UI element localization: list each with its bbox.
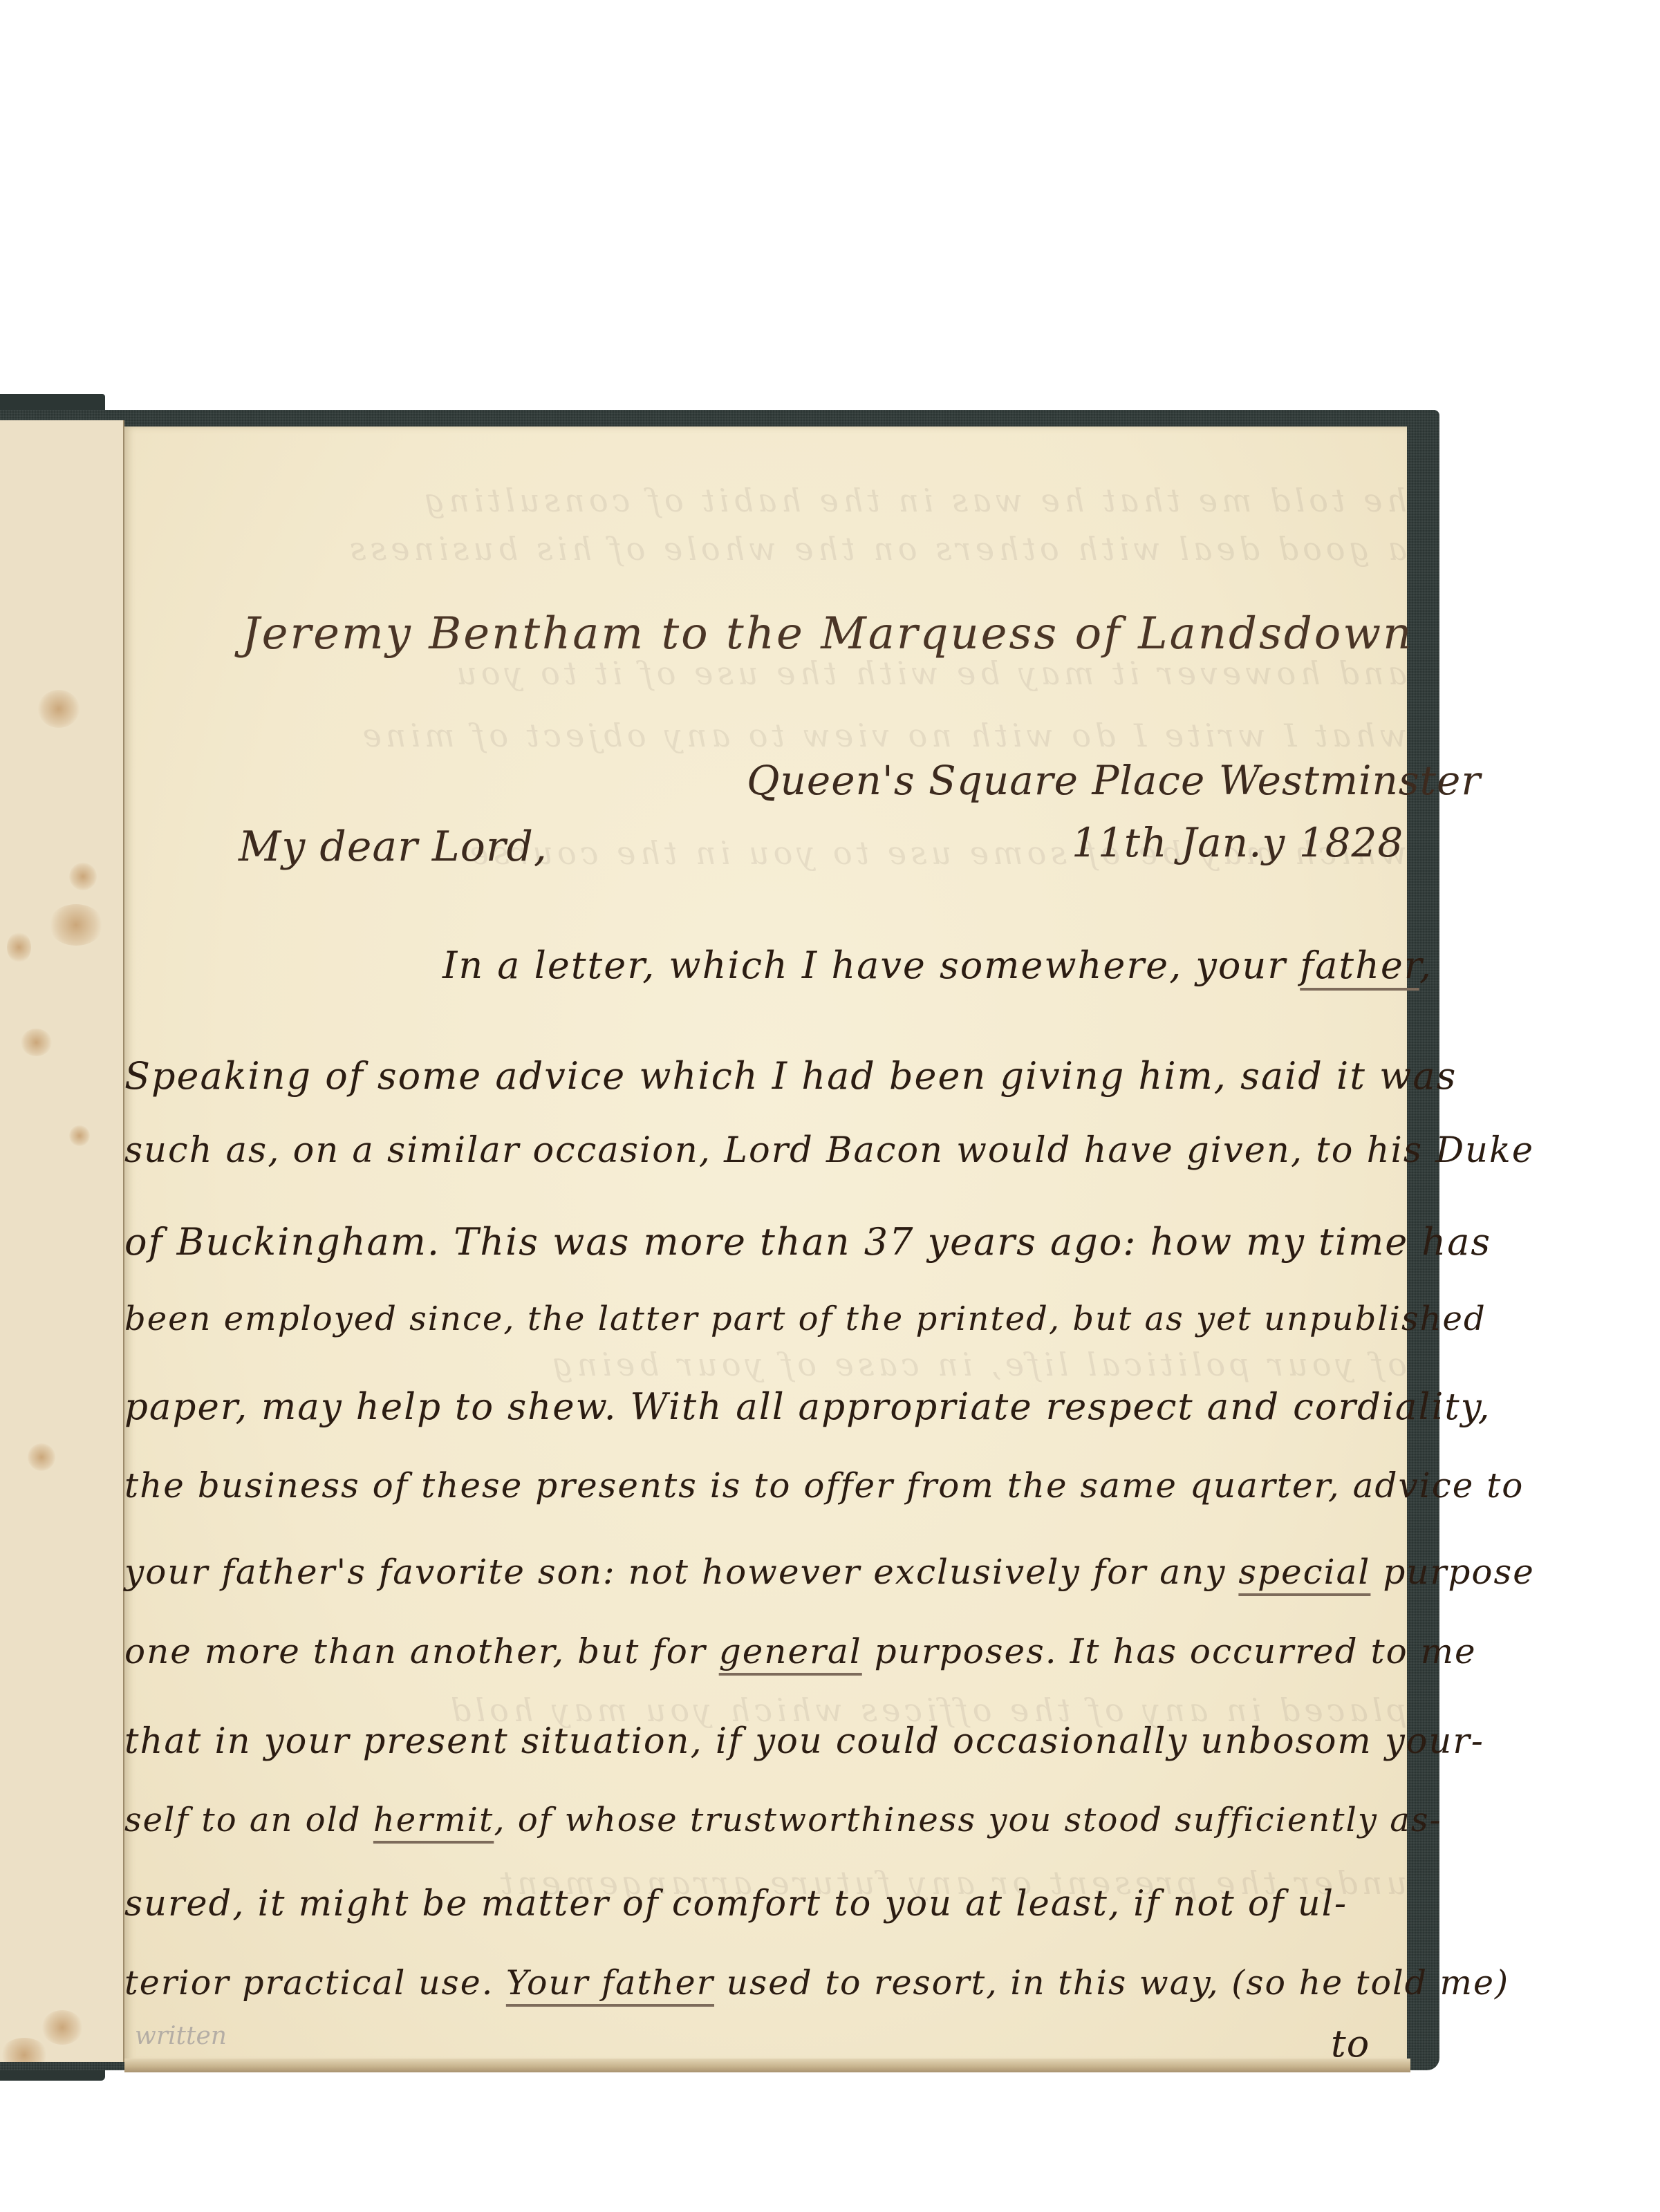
catchword: to — [1331, 2022, 1370, 2065]
body-line-5: been employed since, the latter part of … — [124, 1300, 1390, 1338]
body-line-13: terior practical use. Your father used t… — [124, 1963, 1390, 2003]
bleed-through-text: he told me that he was in the habit of c… — [124, 482, 1407, 519]
page-edges — [124, 2059, 1410, 2072]
foxing-spot — [21, 1029, 52, 1056]
foxing-spot — [41, 2010, 83, 2045]
foxing-spot — [69, 1125, 90, 1146]
bleed-through-text: and however it may be with the use of it… — [124, 655, 1407, 692]
pencil-annotation: written — [135, 2022, 227, 2050]
salutation: My dear Lord, — [239, 823, 548, 871]
foxing-spot — [48, 904, 104, 946]
body-line-1: In a letter, which I have somewhere, you… — [442, 944, 1660, 987]
underlined-word: general — [719, 1631, 862, 1671]
letter-date: 11th Jan.y 1828 — [1072, 819, 1403, 866]
bleed-through-text: what I write I do with no view to any ob… — [124, 717, 1407, 754]
body-line-4: of Buckingham. This was more than 37 yea… — [124, 1220, 1390, 1264]
sender-address: Queen's Square Place Westminster — [747, 757, 1481, 804]
left-page-verso — [0, 420, 124, 2062]
letter-heading: Jeremy Bentham to the Marquess of Landsd… — [242, 608, 1413, 659]
underlined-word: special — [1238, 1552, 1370, 1592]
underlined-word: hermit — [373, 1801, 494, 1839]
body-line-3: such as, on a similar occasion, Lord Bac… — [124, 1130, 1390, 1171]
body-line-11: self to an old hermit, of whose trustwor… — [124, 1801, 1390, 1839]
foxing-spot — [38, 690, 80, 728]
underlined-word: father — [1300, 944, 1419, 987]
underlined-word: Your father — [506, 1963, 714, 2003]
body-line-2: Speaking of some advice which I had been… — [124, 1054, 1390, 1098]
body-line-8: your father's favorite son: not however … — [124, 1552, 1390, 1592]
bleed-through-text: of your political life, in case of your … — [124, 1346, 1407, 1383]
body-line-6: paper, may help to shew. With all approp… — [124, 1386, 1390, 1428]
body-line-12: sured, it might be matter of comfort to … — [124, 1884, 1390, 1924]
foxing-spot — [7, 932, 31, 963]
body-line-9: one more than another, but for general p… — [124, 1631, 1390, 1671]
body-line-10: that in your present situation, if you c… — [124, 1721, 1390, 1762]
foxing-spot — [69, 863, 97, 890]
bleed-through-text: a good deal with others on the whole of … — [124, 530, 1407, 568]
body-line-7: the business of these presents is to off… — [124, 1465, 1390, 1506]
foxing-spot — [0, 2038, 48, 2062]
foxing-spot — [28, 1443, 55, 1471]
